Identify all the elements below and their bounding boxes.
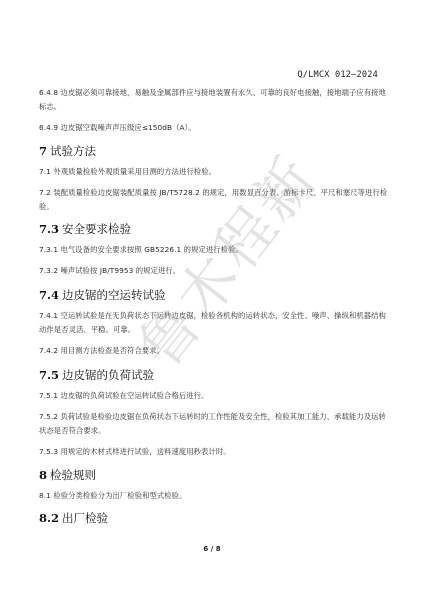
section-number: 7.5	[39, 368, 59, 382]
section-heading-8: 8检验规则	[39, 467, 96, 483]
section-number: 7.4	[39, 288, 59, 302]
paragraph-7-3-1: 7.3.1 电气设备的安全要求按照 GB5226.1 的规定进行检验。	[39, 243, 389, 257]
paragraph-6-4-9: 6.4.9 边皮锯空载噪声声压级应≤150dB（A）。	[39, 121, 389, 135]
paragraph-7-5-3: 7.5.3 用规定的木材式样进行试验，送料速度用秒表计时。	[39, 445, 389, 459]
section-number: 8.2	[39, 511, 59, 525]
paragraph-7-1: 7.1 外观质量检验外观质量采用目测的方法进行检验。	[39, 165, 389, 179]
paragraph-7-2: 7.2 装配质量检验边皮锯装配质量按 JB/T5728.2 的规定，用数显百分表…	[39, 186, 389, 214]
paragraph-7-4-1: 7.4.1 空运转试验是在无负荷状态下运转边皮锯，检验各机构的运转状态，安全性、…	[39, 309, 389, 337]
section-number: 8	[39, 468, 47, 482]
section-heading-7-3: 7.3安全要求检验	[39, 221, 131, 237]
paragraph-6-4-8: 6.4.8 边皮锯必须可靠接地，易触及金属部件应与接地装置有永久、可靠的良好电接…	[39, 86, 389, 114]
page-number: 6 / 8	[0, 545, 424, 553]
paragraph-7-5-1: 7.5.1 边皮锯的负荷试验在空运转试验合格后进行。	[39, 389, 389, 403]
document-page: Q/LMCX 012—2024 6.4.8 边皮锯必须可靠接地，易触及金属部件应…	[0, 0, 424, 600]
paragraph-7-5-2: 7.5.2 负荷试验是检验边皮锯在负荷状态下运转时的工作性能及安全性，检验其加工…	[39, 410, 389, 438]
paragraph-7-3-2: 7.3.2 噪声试验按 JB/T9953 的规定进行。	[39, 264, 389, 278]
section-number: 7	[39, 144, 47, 158]
section-heading-7-5: 7.5边皮锯的负荷试验	[39, 367, 154, 383]
section-title: 检验规则	[50, 468, 96, 482]
section-title: 边皮锯的负荷试验	[62, 368, 154, 382]
section-title: 出厂检验	[62, 511, 108, 525]
section-heading-8-2: 8.2出厂检验	[39, 510, 108, 526]
section-number: 7.3	[39, 222, 59, 236]
section-heading-7-4: 7.4边皮锯的空运转试验	[39, 287, 166, 303]
paragraph-7-4-2: 7.4.2 用目测方法检查是否符合要求。	[39, 344, 389, 358]
document-code: Q/LMCX 012—2024	[297, 70, 378, 80]
section-title: 安全要求检验	[62, 222, 131, 236]
section-title: 试验方法	[50, 144, 96, 158]
section-title: 边皮锯的空运转试验	[62, 288, 166, 302]
paragraph-8-1: 8.1 检验分类检验分为出厂检验和型式检验。	[39, 489, 389, 503]
section-heading-7: 7试验方法	[39, 143, 96, 159]
